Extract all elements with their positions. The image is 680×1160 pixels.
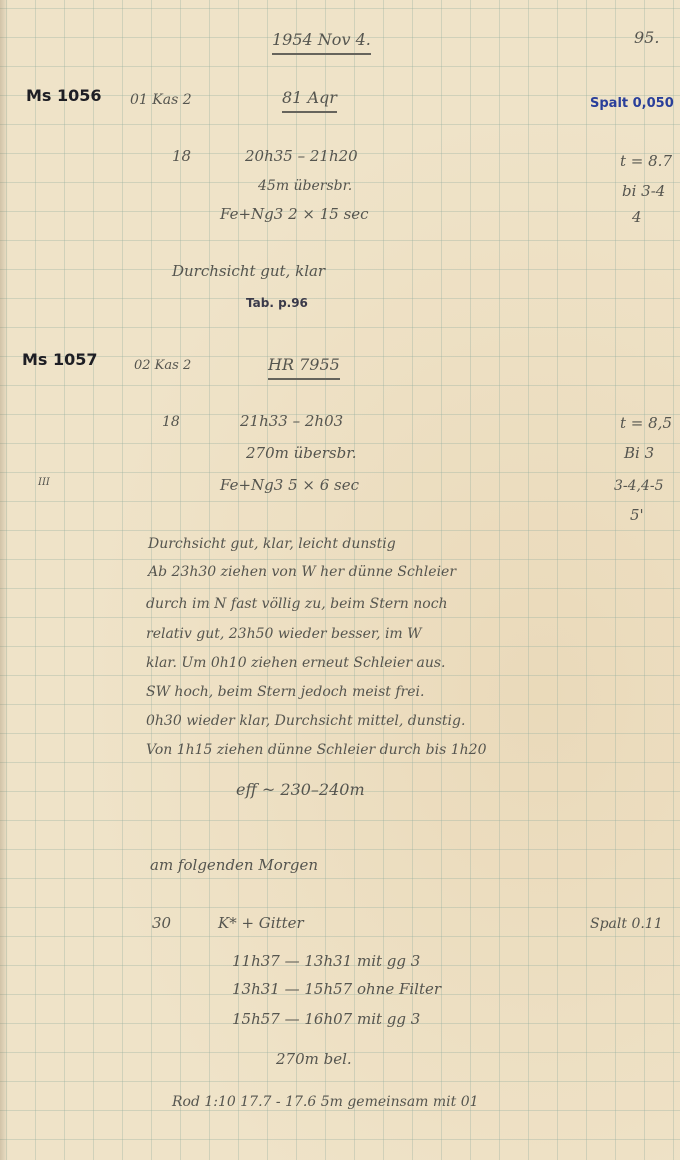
table-reference: Tab. p.96 <box>246 296 308 310</box>
time-line: 11h37 — 13h31 mit gg 3 <box>232 952 420 970</box>
right-note: 4 <box>632 208 642 226</box>
entry-id: Ms 1057 <box>22 350 98 369</box>
remark-line: Von 1h15 ziehen dünne Schleier durch bis… <box>146 742 486 758</box>
time-line: 15h57 — 16h07 mit gg 3 <box>232 1010 420 1028</box>
right-note: Bi 3 <box>624 444 654 462</box>
remark-line: SW hoch, beim Stern jedoch meist frei. <box>146 684 424 700</box>
notebook-page: 1954 Nov 4. 95. Ms 1056 01 Kas 2 81 Aqr … <box>0 0 680 1160</box>
page-date: 1954 Nov 4. <box>272 30 371 55</box>
right-note: 5' <box>630 506 644 524</box>
exposure-note: 45m übersbr. <box>258 178 352 194</box>
section-heading: am folgenden Morgen <box>150 856 318 874</box>
entry-id: Ms 1056 <box>26 86 102 105</box>
remark-line: Ab 23h30 ziehen von W her dünne Schleier <box>148 564 456 580</box>
margin-mark: III <box>38 477 50 488</box>
filter-info: Fe+Ng3 2 × 15 sec <box>220 205 369 223</box>
object-name: HR 7955 <box>268 355 340 380</box>
footer-note: Rod 1:10 17.7 - 17.6 5m gemeinsam mit 01 <box>172 1094 479 1110</box>
exposure-time: 20h35 – 21h20 <box>245 147 358 165</box>
sky-condition: Durchsicht gut, klar <box>172 262 325 280</box>
plate-label: 02 Kas 2 <box>134 358 191 373</box>
remark-line: relativ gut, 23h50 wieder besser, im W <box>146 626 422 642</box>
right-note: t = 8,5 <box>620 414 672 432</box>
right-note: 3-4,4-5 <box>614 478 664 494</box>
filter-info: Fe+Ng3 5 × 6 sec <box>220 476 359 494</box>
total-exposure: 270m bel. <box>276 1050 352 1068</box>
exposure-note: 270m übersbr. <box>246 444 357 462</box>
object-name: 81 Aqr <box>282 88 337 113</box>
time-line: 13h31 — 15h57 ohne Filter <box>232 980 441 998</box>
exposure-time: 21h33 – 2h03 <box>240 412 343 430</box>
right-note: t = 8.7 <box>620 152 672 170</box>
remark-line: durch im N fast völlig zu, beim Stern no… <box>146 596 448 612</box>
remark-line: 0h30 wieder klar, Durchsicht mittel, dun… <box>146 713 465 729</box>
page-number: 95. <box>634 28 659 47</box>
object-name: K* + Gitter <box>218 914 304 932</box>
right-note: bi 3-4 <box>622 182 665 200</box>
effective-exposure: eff ~ 230–240m <box>236 780 365 799</box>
remark-line: klar. Um 0h10 ziehen erneut Schleier aus… <box>146 655 445 671</box>
slit-width: Spalt 0,050 <box>590 96 674 111</box>
slit-width: Spalt 0.11 <box>590 916 663 932</box>
exposure-number: 30 <box>152 914 171 932</box>
exposure-number: 18 <box>162 414 180 430</box>
plate-label: 01 Kas 2 <box>130 92 192 108</box>
remark-line: Durchsicht gut, klar, leicht dunstig <box>148 536 396 552</box>
exposure-number: 18 <box>172 147 191 165</box>
